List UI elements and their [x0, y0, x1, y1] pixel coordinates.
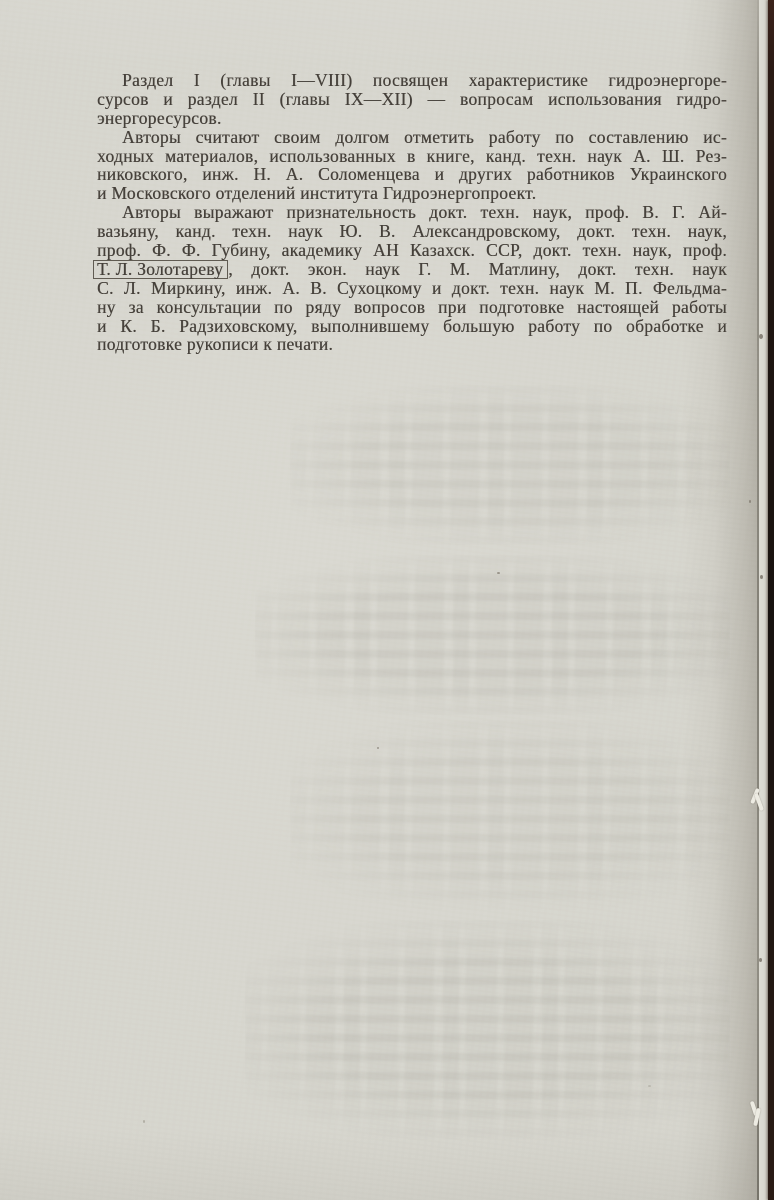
text-line: подготовке рукописи к печати.: [97, 335, 727, 354]
text-line: Раздел I (главы I—VIII) посвящен характе…: [97, 71, 727, 90]
text-line: и К. Б. Радзиховскому, выполнившему боль…: [97, 317, 727, 336]
showthrough-text-patch: [255, 555, 730, 715]
text-line-with-boxed-name: Т. Л. Золотареву, докт. экон. наук Г. М.…: [97, 260, 727, 279]
paper-speck: [648, 1085, 651, 1087]
showthrough-text-patch: [245, 920, 730, 1140]
edge-speck: [759, 958, 762, 962]
text-line: энергоресурсов.: [97, 109, 727, 128]
text-line: ходных материалов, использованных в книг…: [97, 147, 727, 166]
text-line: С. Л. Миркину, инж. А. В. Сухоцкому и до…: [97, 279, 727, 298]
book-cover-edge: [768, 0, 774, 1200]
showthrough-text-patch: [290, 720, 730, 910]
next-page-edge: [759, 0, 768, 1200]
text-line: никовского, инж. Н. А. Соломенцева и дру…: [97, 165, 727, 184]
body-text-block: Раздел I (главы I—VIII) посвящен характе…: [97, 71, 727, 354]
scanned-page: Раздел I (главы I—VIII) посвящен характе…: [0, 0, 774, 1200]
text-line: сурсов и раздел II (главы IX—XII) — вопр…: [97, 90, 727, 109]
paper-speck: [497, 572, 500, 574]
paper-speck: [377, 747, 379, 749]
text-line: ну за консультации по ряду вопросов при …: [97, 298, 727, 317]
edge-speck: [760, 575, 763, 579]
paper-speck: [749, 500, 751, 503]
text-line: Авторы считают своим долгом отметить раб…: [97, 128, 727, 147]
boxed-name: Т. Л. Золотареву: [93, 260, 228, 279]
edge-speck: [759, 334, 763, 339]
text-line: Авторы выражают признательность докт. те…: [97, 203, 727, 222]
text-line: проф. Ф. Ф. Губину, академику АН Казахск…: [97, 241, 727, 260]
page-edge-line: [757, 0, 759, 1200]
text-line: и Московского отделений института Гидроэ…: [97, 184, 727, 203]
text-line-rest: , докт. экон. наук Г. М. Матлину, докт. …: [228, 259, 727, 279]
text-line: вазьяну, канд. техн. наук Ю. В. Александ…: [97, 222, 727, 241]
paper-speck: [143, 1120, 145, 1123]
showthrough-text-patch: [290, 385, 730, 545]
paper-speck: [116, 104, 119, 107]
